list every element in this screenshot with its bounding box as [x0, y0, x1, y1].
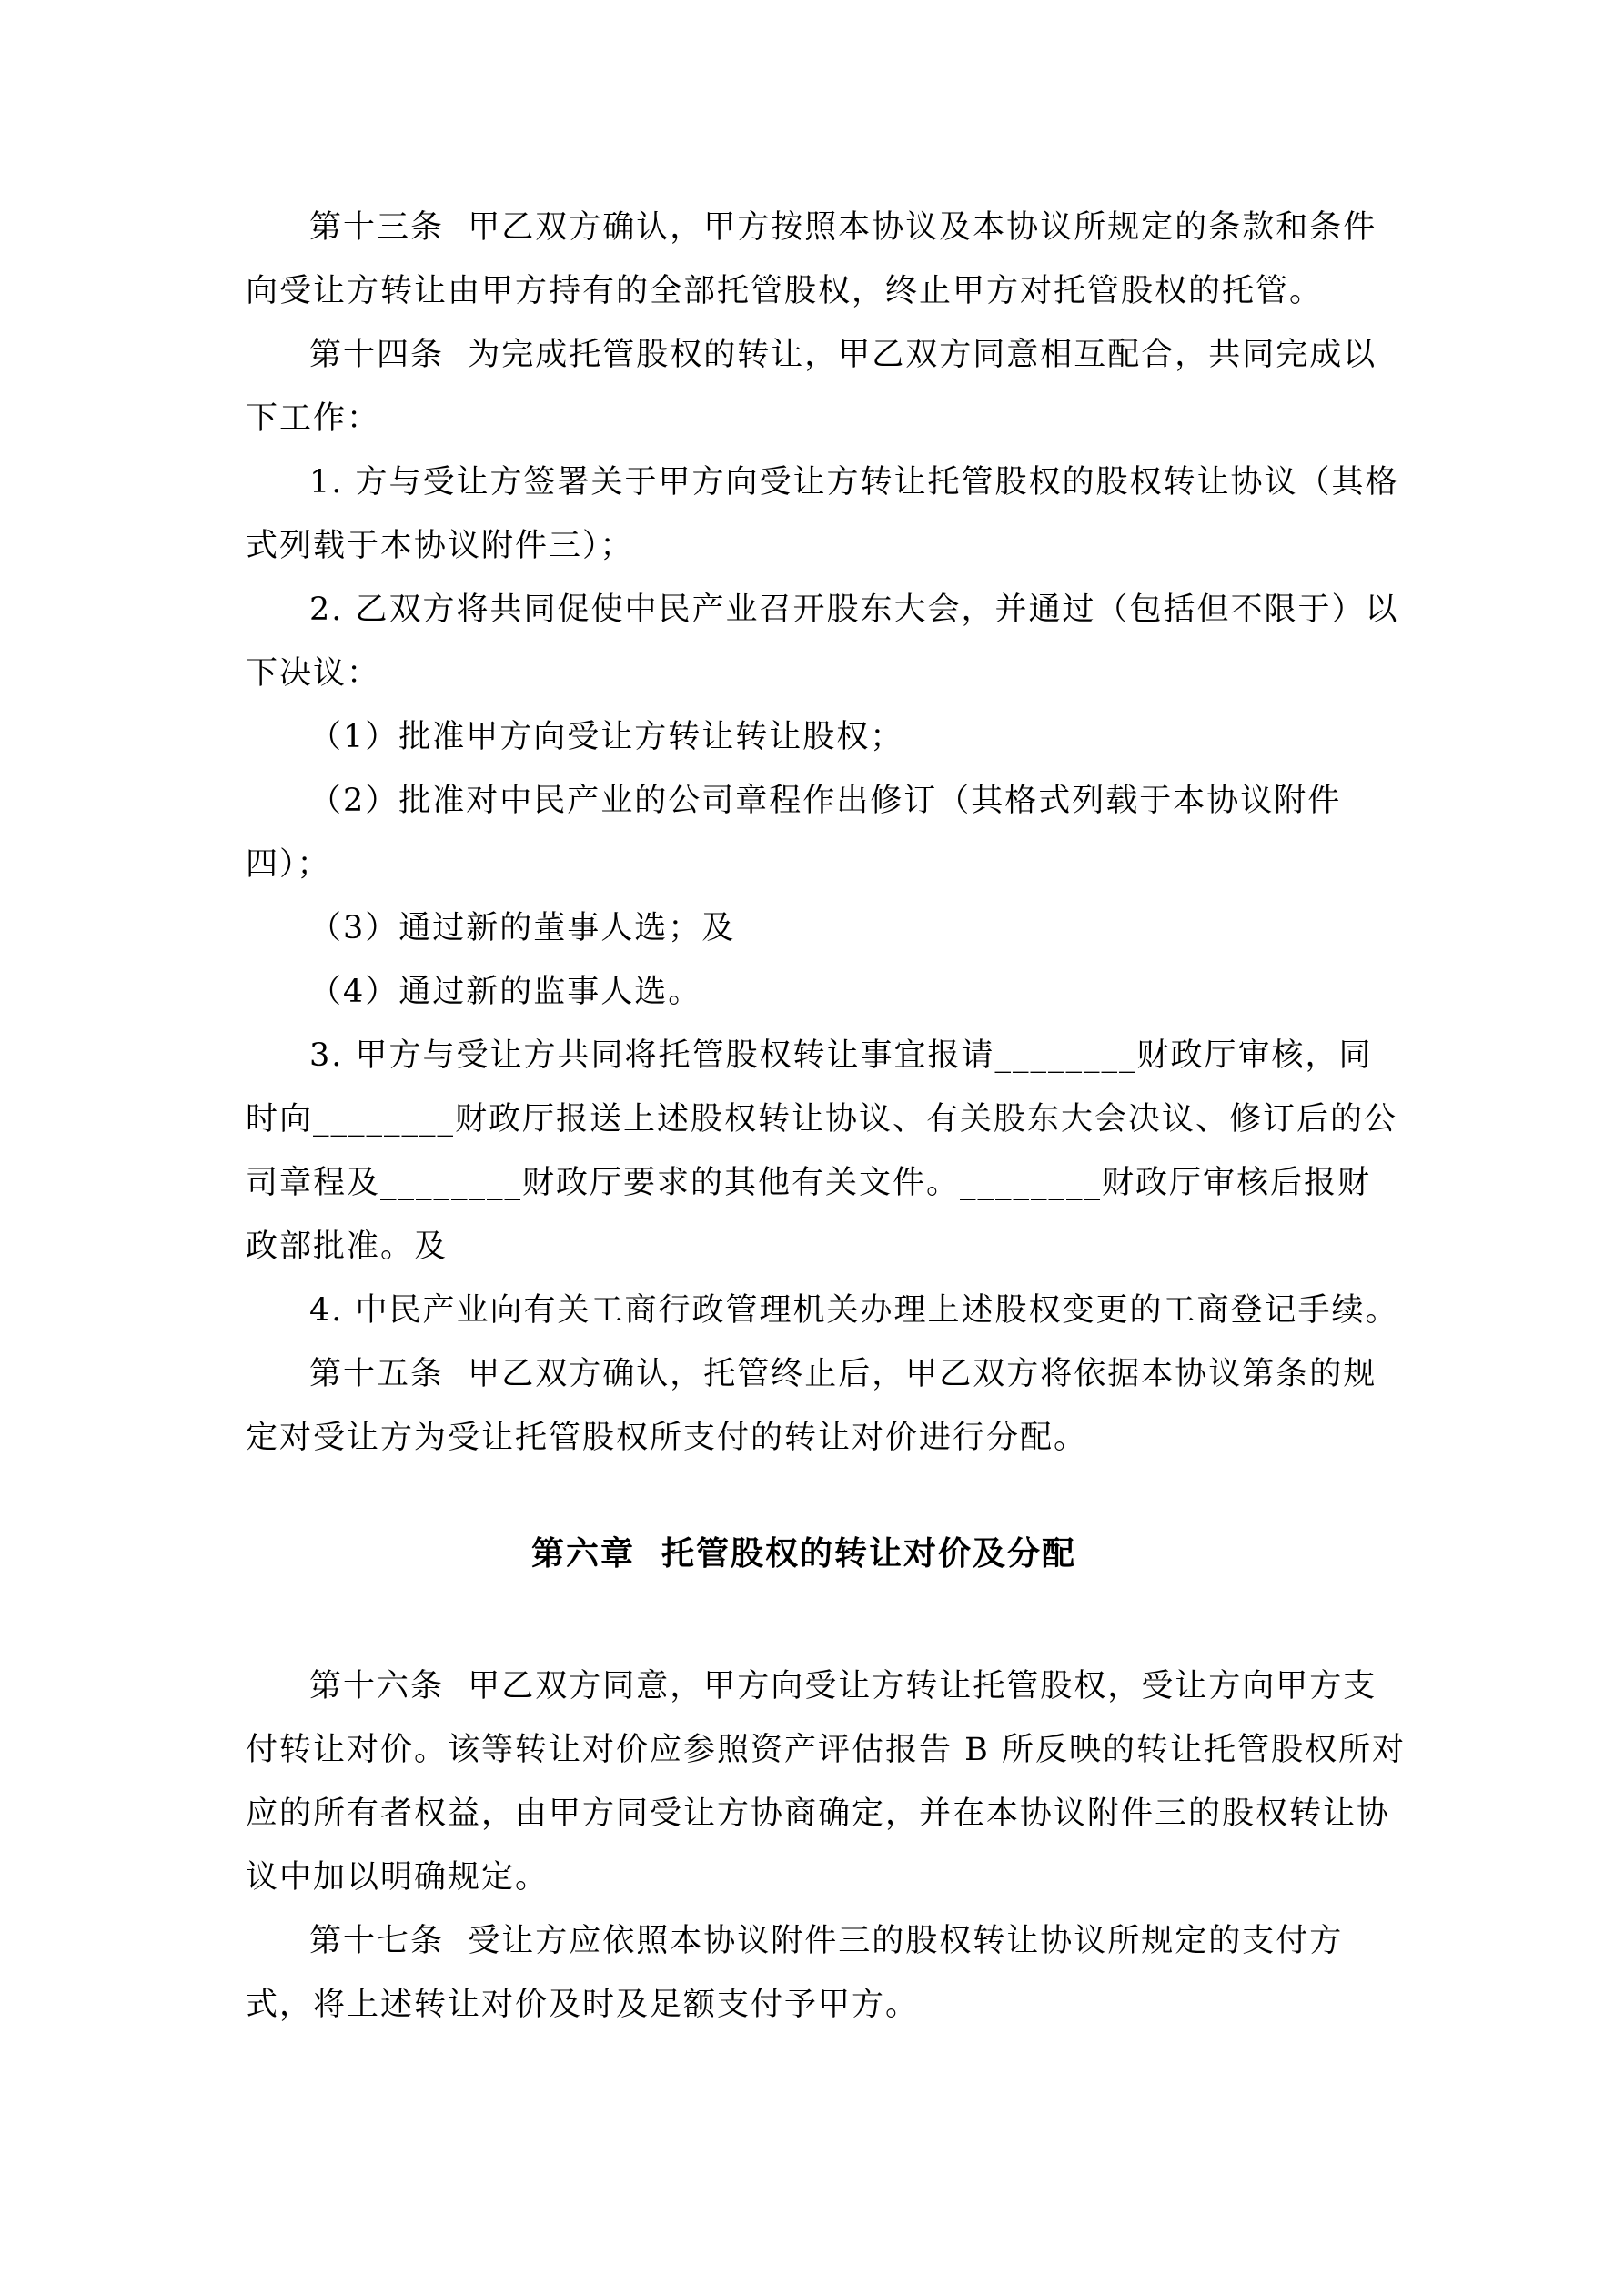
document-line: （1）批准甲方向受让方转让转让股权；: [246, 705, 1362, 769]
document-line: 下决议：: [246, 642, 1362, 705]
document-line: 第十四条 为完成托管股权的转让，甲乙双方同意相互配合，共同完成以: [246, 323, 1362, 387]
document-line: （3）通过新的董事人选；及: [246, 896, 1362, 960]
paragraph: （2）批准对中民产业的公司章程作出修订（其格式列载于本协议附件四）；: [246, 769, 1362, 896]
document-line: （2）批准对中民产业的公司章程作出修订（其格式列载于本协议附件: [246, 769, 1362, 833]
document-line: 3. 甲方与受让方共同将托管股权转让事宜报请________财政厅审核，同: [246, 1024, 1362, 1087]
document-line: 第十五条 甲乙双方确认，托管终止后，甲乙双方将依据本协议第条的规: [246, 1342, 1362, 1406]
document-line: 应的所有者权益，由甲方同受让方协商确定，并在本协议附件三的股权转让协: [246, 1782, 1362, 1846]
paragraph: 3. 甲方与受让方共同将托管股权转让事宜报请________财政厅审核，同时向_…: [246, 1024, 1362, 1279]
document-line: 第十三条 甲乙双方确认，甲方按照本协议及本协议所规定的条款和条件: [246, 196, 1362, 259]
chapter-heading: 第六章 托管股权的转让对价及分配: [246, 1522, 1362, 1585]
paragraph: （1）批准甲方向受让方转让转让股权；: [246, 705, 1362, 769]
document-line: 式，将上述转让对价及时及足额支付予甲方。: [246, 1973, 1362, 2037]
chapter-heading-text: 第六章 托管股权的转让对价及分配: [246, 1522, 1362, 1585]
paragraph: 4. 中民产业向有关工商行政管理机关办理上述股权变更的工商登记手续。: [246, 1279, 1362, 1342]
document-line: 向受让方转让由甲方持有的全部托管股权，终止甲方对托管股权的托管。: [246, 259, 1362, 323]
document-line: 定对受让方为受让托管股权所支付的转让对价进行分配。: [246, 1406, 1362, 1470]
document-line: 式列载于本协议附件三）；: [246, 514, 1362, 578]
paragraph: 第十三条 甲乙双方确认，甲方按照本协议及本协议所规定的条款和条件向受让方转让由甲…: [246, 196, 1362, 323]
document-line: （4）通过新的监事人选。: [246, 960, 1362, 1024]
paragraph: 第十七条 受让方应依照本协议附件三的股权转让协议所规定的支付方式，将上述转让对价…: [246, 1909, 1362, 2037]
contract-document-page: 第十三条 甲乙双方确认，甲方按照本协议及本协议所规定的条款和条件向受让方转让由甲…: [0, 0, 1624, 2296]
document-line: 司章程及________财政厅要求的其他有关文件。________财政厅审核后报…: [246, 1151, 1362, 1215]
document-line: 时向________财政厅报送上述股权转让协议、有关股东大会决议、修订后的公: [246, 1087, 1362, 1151]
document-line: 议中加以明确规定。: [246, 1846, 1362, 1909]
paragraph: （3）通过新的董事人选；及: [246, 896, 1362, 960]
paragraph: （4）通过新的监事人选。: [246, 960, 1362, 1024]
paragraph: 2. 乙双方将共同促使中民产业召开股东大会，并通过（包括但不限于）以下决议：: [246, 578, 1362, 705]
paragraph: 第十五条 甲乙双方确认，托管终止后，甲乙双方将依据本协议第条的规定对受让方为受让…: [246, 1342, 1362, 1470]
document-line: 2. 乙双方将共同促使中民产业召开股东大会，并通过（包括但不限于）以: [246, 578, 1362, 642]
document-line: 4. 中民产业向有关工商行政管理机关办理上述股权变更的工商登记手续。: [246, 1279, 1362, 1342]
document-line: 四）；: [246, 833, 1362, 896]
paragraph: 第十六条 甲乙双方同意，甲方向受让方转让托管股权，受让方向甲方支付转让对价。该等…: [246, 1654, 1362, 1909]
document-line: 第十七条 受让方应依照本协议附件三的股权转让协议所规定的支付方: [246, 1909, 1362, 1973]
document-line: 第十六条 甲乙双方同意，甲方向受让方转让托管股权，受让方向甲方支: [246, 1654, 1362, 1718]
document-line: 下工作：: [246, 387, 1362, 450]
document-line: 政部批准。及: [246, 1215, 1362, 1279]
document-line: 付转让对价。该等转让对价应参照资产评估报告 B 所反映的转让托管股权所对: [246, 1718, 1362, 1782]
paragraph: 第十四条 为完成托管股权的转让，甲乙双方同意相互配合，共同完成以下工作：: [246, 323, 1362, 450]
document-text-body: 第十三条 甲乙双方确认，甲方按照本协议及本协议所规定的条款和条件向受让方转让由甲…: [0, 0, 1624, 2037]
document-line: 1. 方与受让方签署关于甲方向受让方转让托管股权的股权转让协议（其格: [246, 450, 1362, 514]
paragraph: 1. 方与受让方签署关于甲方向受让方转让托管股权的股权转让协议（其格式列载于本协…: [246, 450, 1362, 578]
